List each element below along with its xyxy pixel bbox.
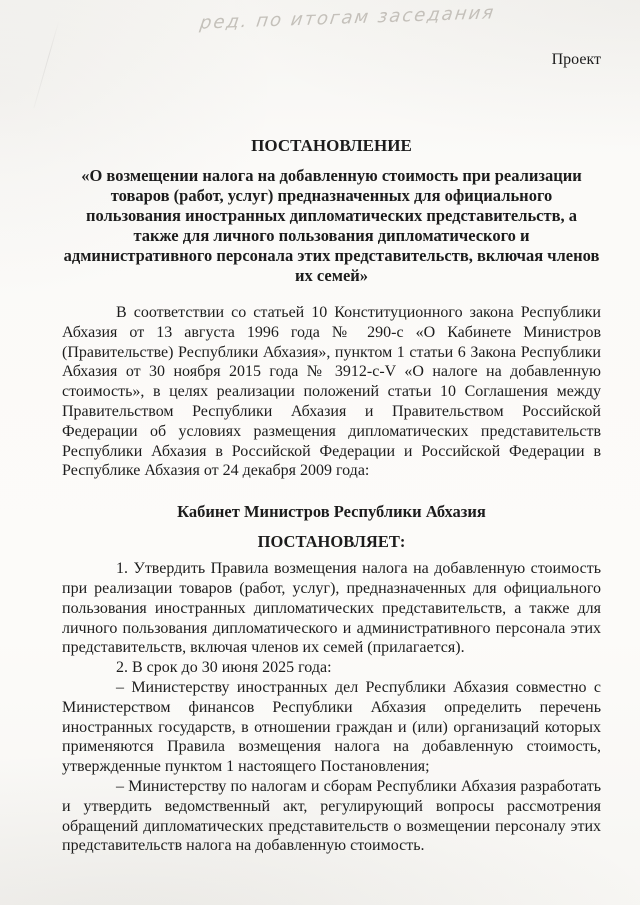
resolution-items: 1. Утвердить Правила возмещения налога н… xyxy=(62,559,601,856)
enacting-formula: ПОСТАНОВЛЯЕТ: xyxy=(62,532,601,552)
draft-label: Проект xyxy=(62,50,601,70)
scan-crease-artifact xyxy=(33,20,59,109)
resolution-item-2-subitem-mfa: – Министерству иностранных дел Республик… xyxy=(62,678,601,777)
resolution-item-1: 1. Утвердить Правила возмещения налога н… xyxy=(62,559,601,658)
document-subtitle: «О возмещении налога на добавленную стои… xyxy=(62,166,601,286)
resolution-item-2-subitem-tax-ministry: – Министерству по налогам и сборам Респу… xyxy=(62,777,601,856)
document-title: ПОСТАНОВЛЕНИЕ xyxy=(62,136,601,156)
issuer-line: Кабинет Министров Республики Абхазия xyxy=(62,502,601,522)
scanned-document-page: ред. по итогам заседания Проект ПОСТАНОВ… xyxy=(0,0,640,905)
resolution-item-2: 2. В срок до 30 июня 2025 года: xyxy=(62,658,601,678)
preamble-paragraph: В соответствии со статьей 10 Конституцио… xyxy=(62,303,601,481)
document-content: Проект ПОСТАНОВЛЕНИЕ «О возмещении налог… xyxy=(62,0,601,856)
